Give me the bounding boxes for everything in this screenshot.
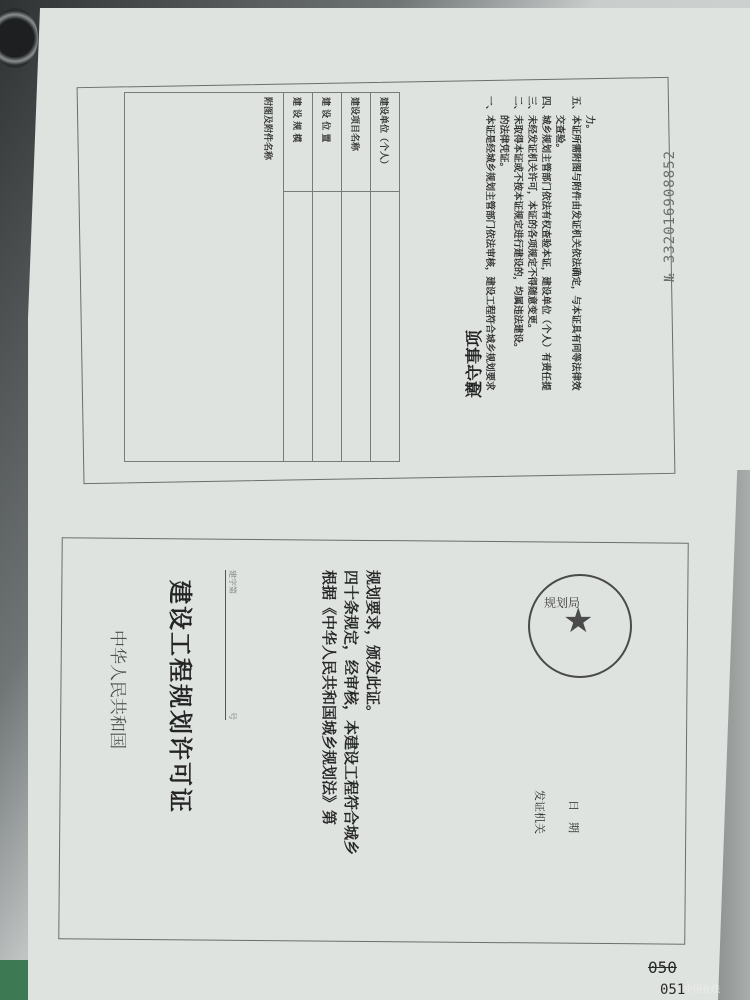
- basis-text-line: 四十条规定，经审核，本建设工程符合城乡: [341, 570, 362, 855]
- page-number: 050: [648, 958, 677, 977]
- watermark: 中国在线: [684, 982, 720, 995]
- value-scale: [284, 192, 313, 462]
- basis-text-line: 规划要求，颁发此证。: [363, 570, 384, 720]
- label-developer: 建设单位（个人）: [371, 93, 400, 192]
- table-row: 建设项目名称: [342, 93, 371, 462]
- table-row: 建 设 位 置: [313, 93, 342, 462]
- notice-line: 四、城乡规划主管部门依法有权查验本证，建设单位（个人）有责任提: [540, 96, 554, 391]
- basis-text-line: 根据《中华人民共和国城乡规划法》第: [319, 570, 340, 825]
- label-project-name: 建设项目名称: [342, 93, 371, 192]
- table-row: 建 设 规 模: [284, 93, 313, 462]
- stamp-text: 规划局: [544, 594, 580, 611]
- table-row: 附图及附件名称: [125, 93, 284, 462]
- country-name: 中华人民共和国: [107, 630, 132, 749]
- permit-title: 建设工程规划许可证: [165, 580, 200, 814]
- notice-line: 三、未经发证机关许可，本证的各项规定不得随意变更。: [526, 96, 540, 334]
- permit-number-label: 建字第: [228, 570, 237, 594]
- issuer-label: 发证机关: [532, 790, 548, 834]
- permit-number-field: 建字第 号: [225, 570, 238, 720]
- serial-number: № 332016908852: [662, 150, 678, 282]
- info-table: 建设单位（个人） 建设项目名称 建 设 位 置 建 设 规 模 附图及附件名称: [100, 92, 400, 462]
- label-attachments: 附图及附件名称: [125, 93, 284, 462]
- notice-line: 的法律凭证。: [498, 96, 512, 172]
- notice-line: 二、未取得本证或不按本证规定进行建设的，均属违法建设。: [512, 96, 526, 353]
- notice-line: 力。: [584, 96, 598, 134]
- table-row: 建设单位（个人）: [371, 93, 400, 462]
- value-location: [313, 192, 342, 462]
- label-scale: 建 设 规 模: [284, 93, 313, 192]
- notice-line: 交查验。: [554, 96, 568, 153]
- page-number-next: 051: [660, 982, 685, 998]
- notice-title: 遵守事项: [460, 330, 485, 398]
- date-label: 日 期: [566, 800, 582, 833]
- permit-number-suffix: 号: [227, 712, 238, 720]
- value-developer: [371, 192, 400, 462]
- label-location: 建 设 位 置: [313, 93, 342, 192]
- notice-line: 五、本证所需附图与附件由发证机关依法确定，与本证具有同等法律效: [570, 96, 584, 391]
- notice-line: 一、本证是经城乡规划主管部门依法审核，建设工程符合城乡规划要求: [484, 96, 498, 391]
- value-project-name: [342, 192, 371, 462]
- official-stamp: ★ 规划局: [528, 574, 632, 678]
